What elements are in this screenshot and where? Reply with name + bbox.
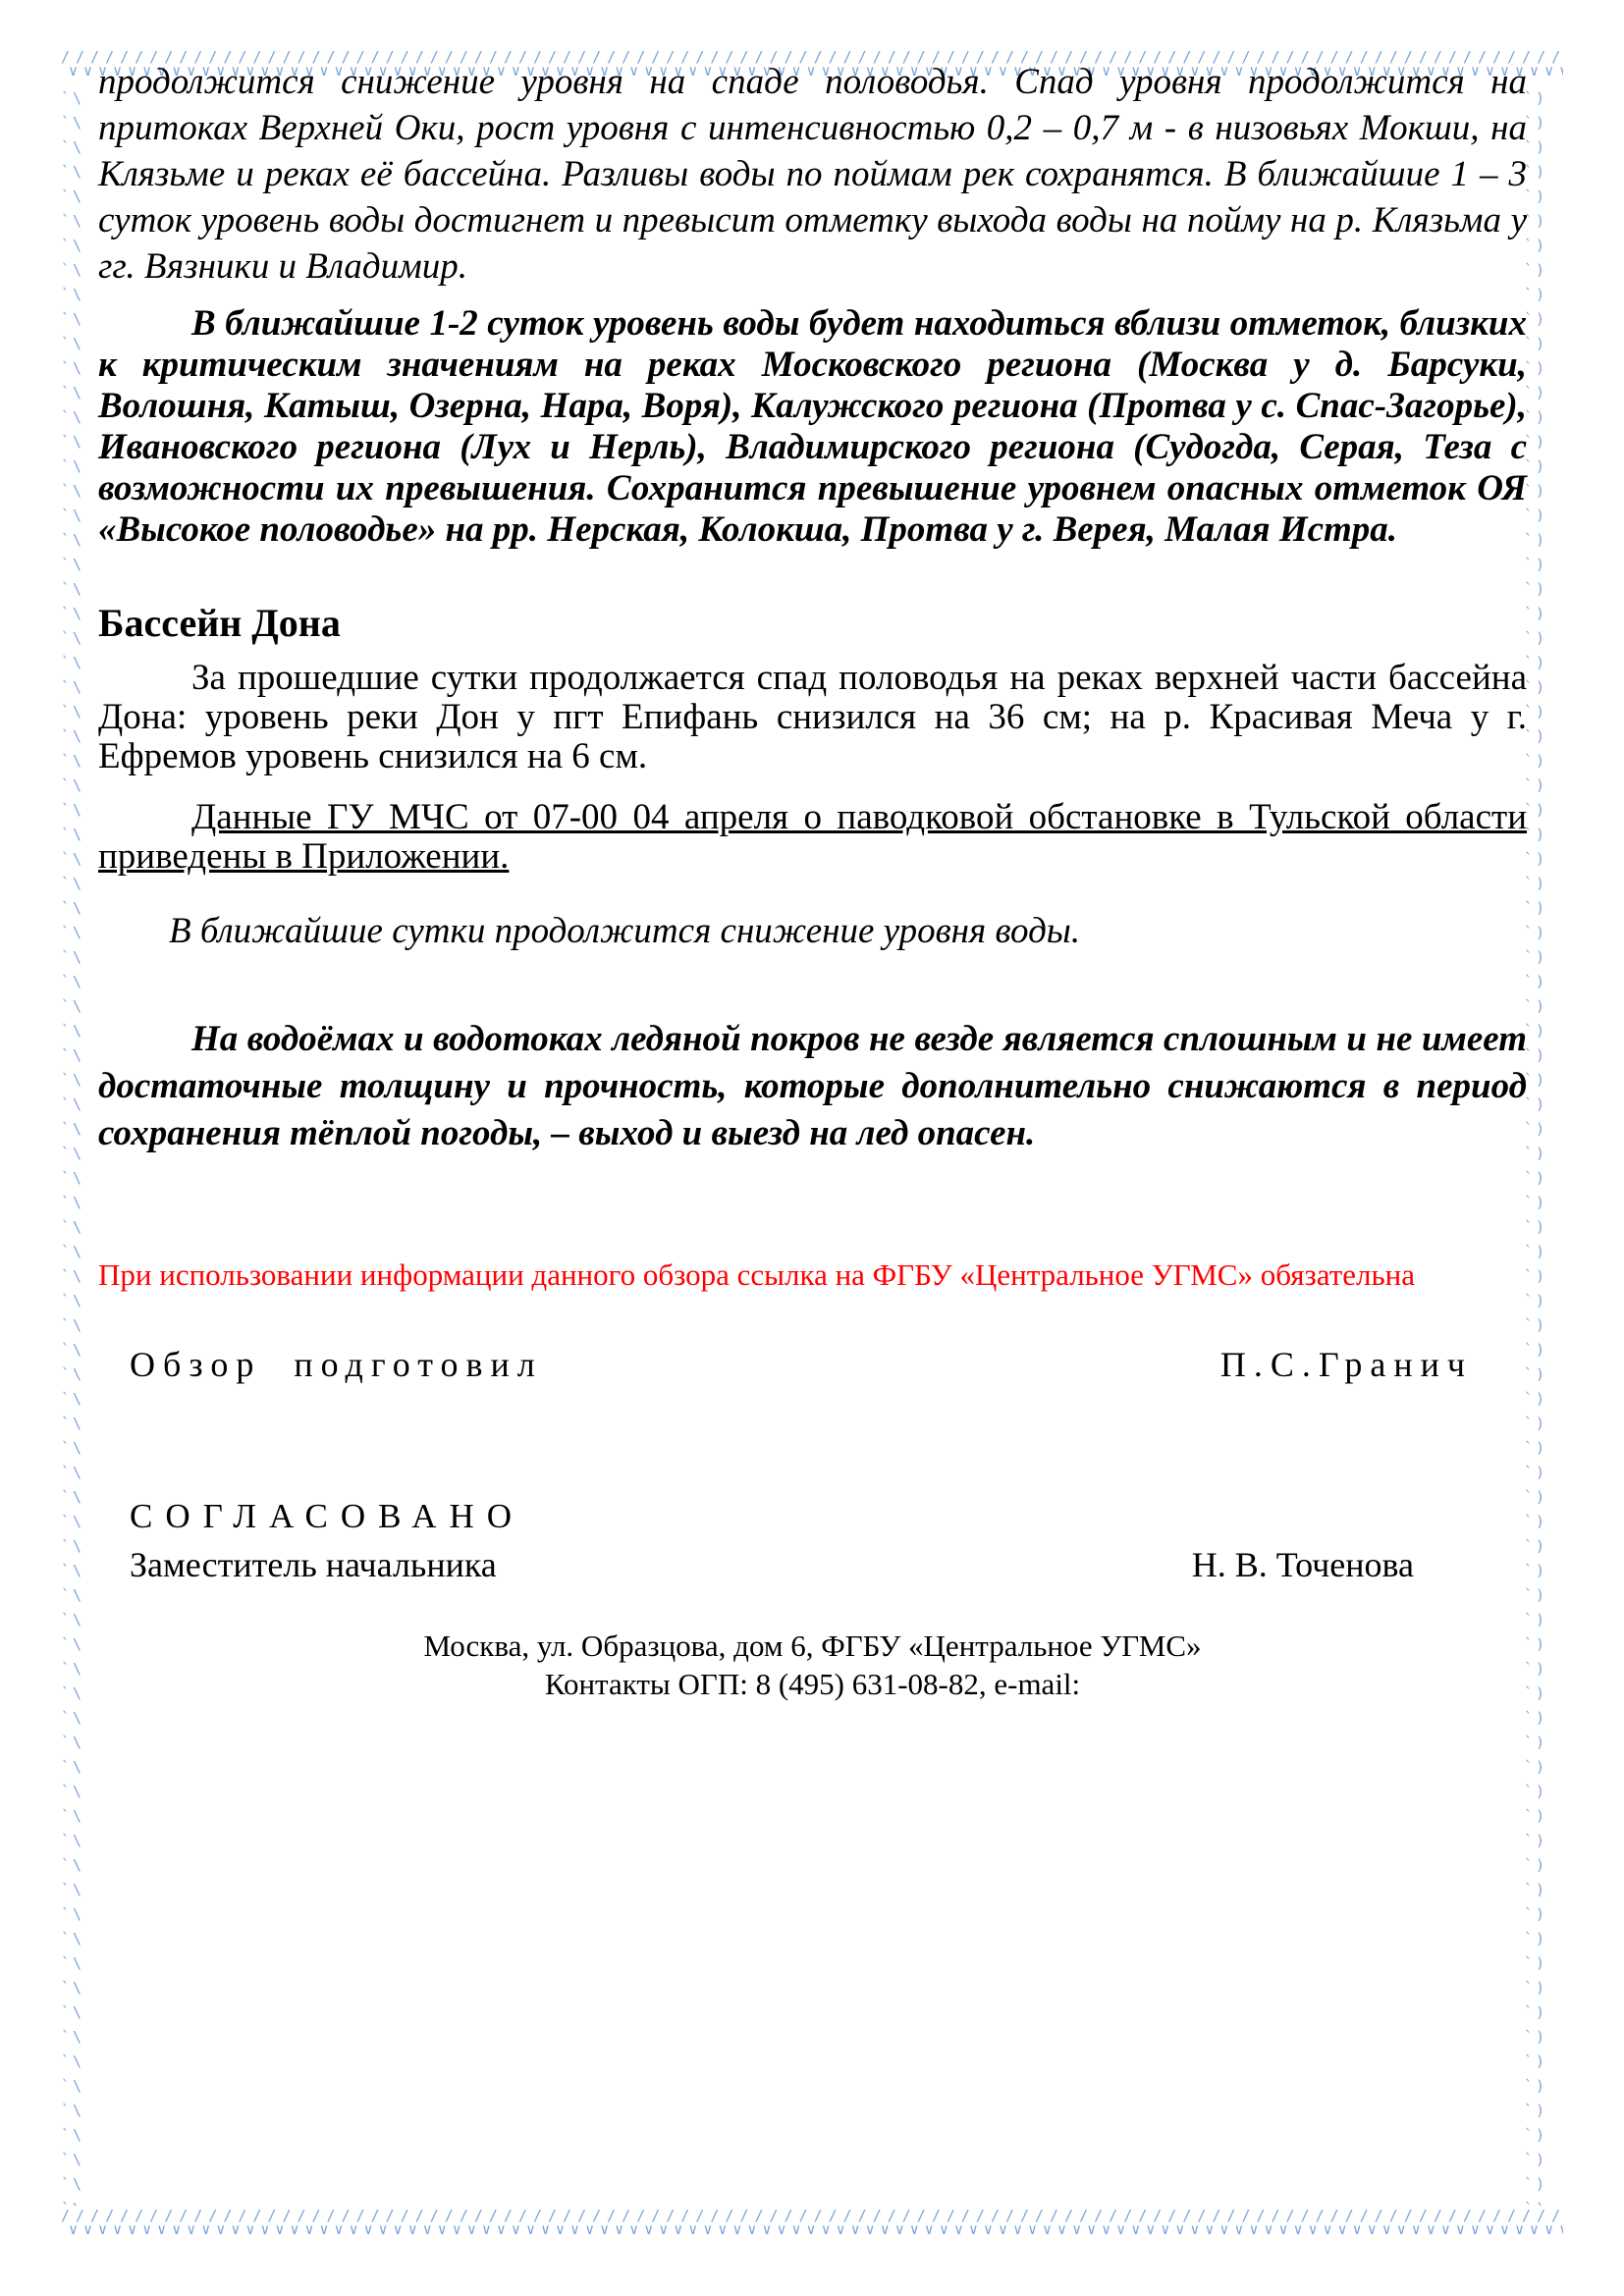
paragraph-critical-levels-warning: В ближайшие 1-2 суток уровень воды будет… [98, 303, 1527, 551]
agreed-block: СОГЛАСОВАНО Заместитель начальника Н. В.… [98, 1497, 1527, 1585]
border-chevron-row: ∨∨∨∨∨∨∨∨∨∨∨∨∨∨∨∨∨∨∨∨∨∨∨∨∨∨∨∨∨∨∨∨∨∨∨∨∨∨∨∨… [61, 2221, 1563, 2237]
prepared-by-row: Обзор подготовил П.С.Гранич [98, 1344, 1527, 1385]
agreed-title: Заместитель начальника [130, 1544, 497, 1585]
border-slash-row: ////////////////////////////////////////… [61, 2208, 1563, 2223]
decorative-border-bottom: ////////////////////////////////////////… [61, 2208, 1563, 2243]
document-body: продолжится снижение уровня на спаде пол… [98, 59, 1527, 1703]
paragraph-don-levels: За прошедшие сутки продолжается спад пол… [98, 659, 1527, 776]
agreed-name: Н. В. Точенова [1192, 1544, 1414, 1585]
copyright-notice: При использовании информации данного обз… [98, 1257, 1527, 1293]
address-line-1: Москва, ул. Образцова, дом 6, ФГБУ «Цент… [98, 1627, 1527, 1665]
agreed-label: СОГЛАСОВАНО [130, 1497, 1527, 1536]
decorative-border-right: `) `) `) `) `) `) `) `) `) `) `) `) `) `… [1524, 86, 1565, 2206]
address-line-2: Контакты ОГП: 8 (495) 631-08-82, e-mail: [98, 1665, 1527, 1703]
address-block: Москва, ул. Образцова, дом 6, ФГБУ «Цент… [98, 1627, 1527, 1703]
paragraph-ice-warning: На водоёмах и водотоках ледяной покров н… [98, 1016, 1527, 1157]
paragraph-oka-forecast: продолжится снижение уровня на спаде пол… [98, 59, 1527, 290]
agreed-row: Заместитель начальника Н. В. Точенова [130, 1544, 1527, 1585]
prepared-by-label: Обзор подготовил [130, 1344, 543, 1385]
paragraph-mchs-note: Данные ГУ МЧС от 07-00 04 апреля о павод… [98, 798, 1527, 877]
prepared-by-name: П.С.Гранич [1220, 1344, 1473, 1385]
paragraph-don-forecast: В ближайшие сутки продолжится снижение у… [98, 912, 1527, 951]
decorative-border-left: `\ `\ `\ `\ `\ `\ `\ `\ `\ `\ `\ `\ `\ `… [61, 86, 102, 2206]
document-page: { "page": { "border": { "pattern": "chev… [0, 0, 1624, 2296]
section-heading-don-basin: Бассейн Дона [98, 602, 1527, 645]
